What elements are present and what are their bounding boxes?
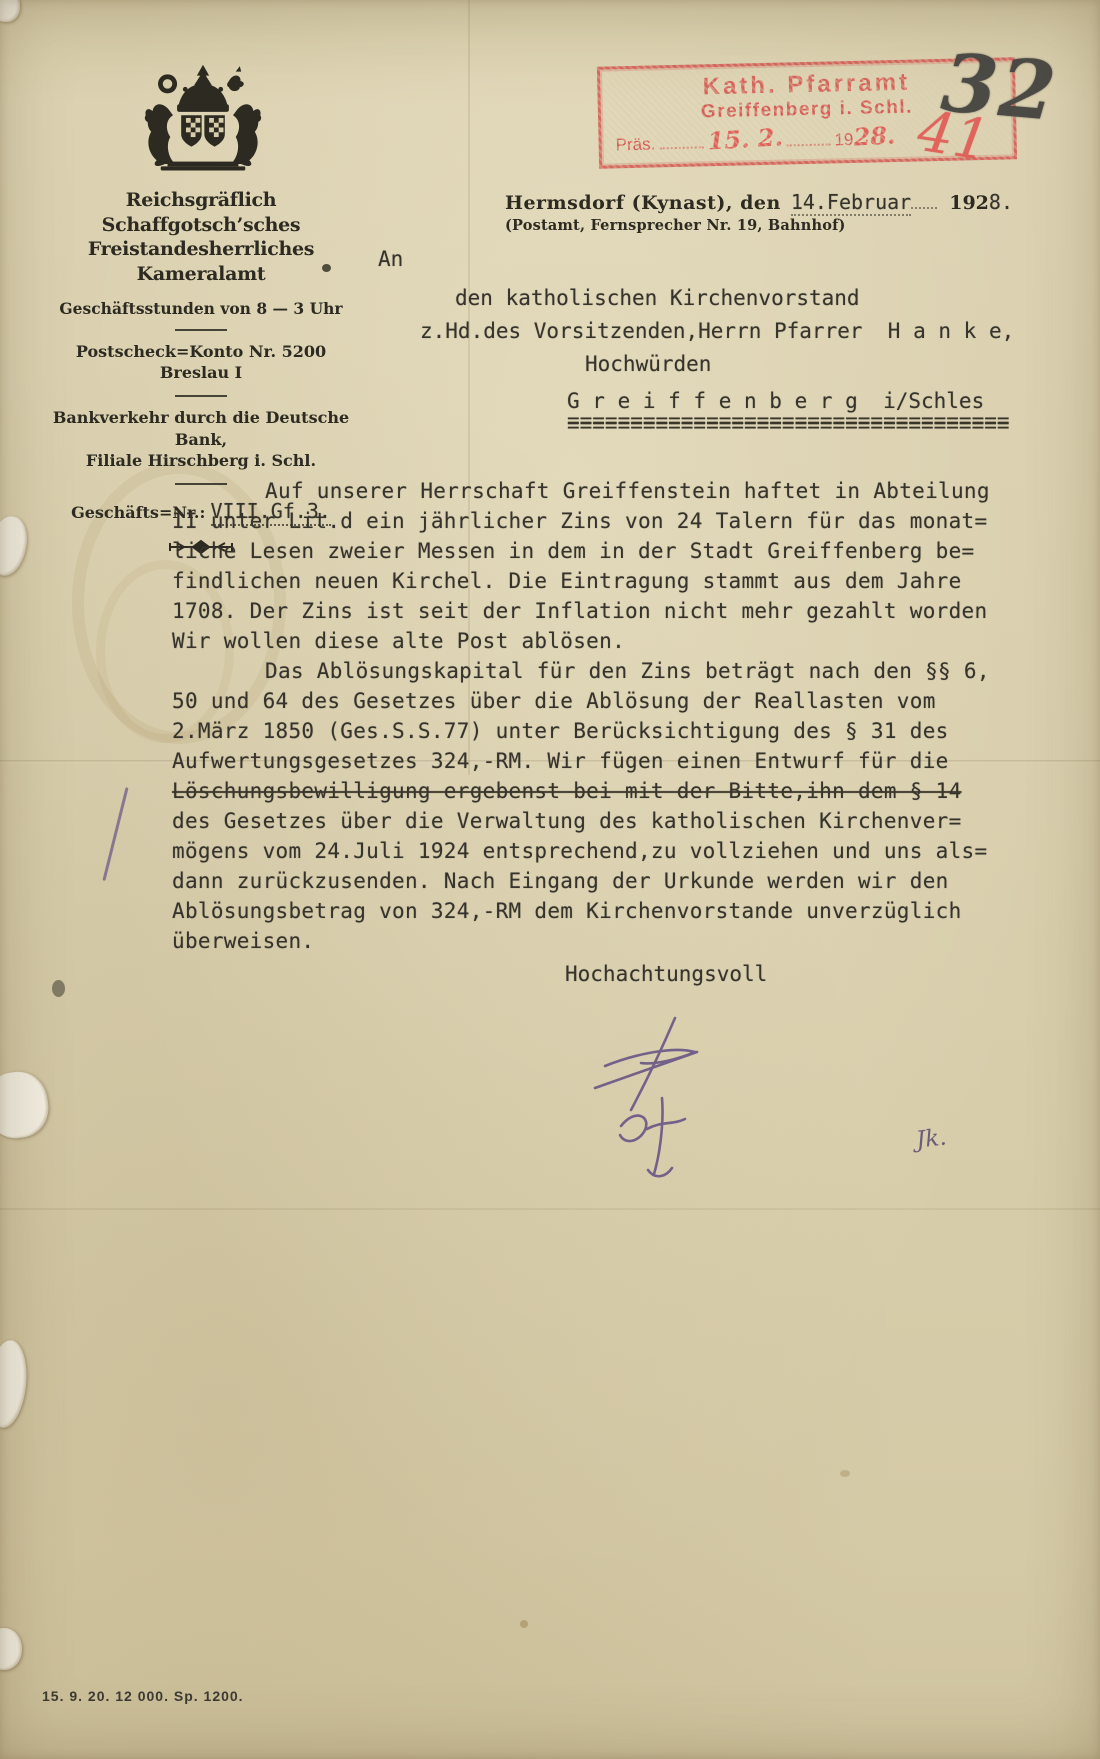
paper-speck [520,1620,528,1628]
torn-edge-patch [0,0,20,22]
body-line: mögens vom 24.Juli 1924 entsprechend,zu … [172,836,1012,866]
body-line-struck-through: Löschungsbewilligung ergebenst bei mit d… [172,776,1012,806]
letterhead-postscheck: Postscheck=Konto Nr. 5200 Breslau I [40,341,362,384]
closing-salutation: Hochachtungsvoll [565,962,767,986]
printers-code: 15. 9. 20. 12 000. Sp. 1200. [42,1688,244,1704]
stamp-received-day-handwritten: 15. 2. [706,122,783,155]
letterhead-org-line1: Reichsgräflich Schaffgotsch’sches [40,188,362,237]
letter-body: Auf unserer Herrschaft Greiffenstein haf… [172,476,1012,956]
letterhead-org-line2: Freistandesherrliches Kameralamt [40,237,362,286]
ink-smudge [52,980,65,997]
fold-crease-horizontal-2 [0,1208,1100,1210]
signature [575,1012,735,1182]
body-line: überweisen. [172,926,1012,956]
recipient-line2: z.Hd.des Vorsitzenden,Herrn Pfarrer H a … [420,319,1014,343]
body-line: Aufwertungsgesetzes 324,-RM. Wir fügen e… [172,746,1012,776]
recipient-line3: Hochwürden [585,352,711,376]
letterhead-divider [175,395,227,397]
torn-edge-patch [0,1338,30,1429]
body-line: Das Ablösungskapital für den Zins beträg… [172,656,1012,686]
body-line: Ablösungsbetrag von 324,-RM dem Kirchenv… [172,896,1012,926]
dateline-date-typed: 14.Februar [791,190,911,216]
body-line: II unter Lit.d ein jährlicher Zins von 2… [172,506,1012,536]
dateline: Hermsdorf (Kynast), den 14.Februar 192 8… [505,190,1013,216]
postal-note: (Postamt, Fernsprecher Nr. 19, Bahnhof) [505,217,846,234]
coat-of-arms-emblem [128,40,278,200]
recipient-city-block: G r e i f f e n b e r g i/Schles =======… [567,389,984,413]
red-crayon-annotation: 41 [913,99,994,174]
recipient-line1: den katholischen Kirchenvorstand [455,286,860,310]
body-line: findlichen neuen Kirchel. Die Eintragung… [172,566,1012,596]
clerk-initials-annotation: Jk. [915,1124,948,1153]
stamp-dotted-leader [659,134,703,149]
ink-blot [322,264,331,272]
letterhead-bank-line1: Bankverkehr durch die Deutsche Bank, [40,407,362,450]
body-line: 2.März 1850 (Ges.S.S.77) unter Berücksic… [172,716,1012,746]
torn-edge-patch [0,1068,52,1142]
pencil-margin-mark [102,787,128,881]
dateline-year-typed: 8. [989,190,1013,214]
body-line: liche Lesen zweier Messen in dem in der … [172,536,1012,566]
dateline-place: Hermsdorf (Kynast), den [505,192,781,214]
letterhead-office-hours: Geschäftsstunden von 8 — 3 Uhr [40,299,362,318]
body-line: Auf unserer Herrschaft Greiffenstein haf… [172,476,1012,506]
dateline-dotted-rule [911,193,937,209]
paper-speck [840,1470,850,1477]
body-line: 50 und 64 des Gesetzes über die Ablösung… [172,686,1012,716]
body-line: des Gesetzes über die Verwaltung des kat… [172,806,1012,836]
body-line: 1708. Der Zins ist seit der Inflation ni… [172,596,1012,626]
recipient-salutation: An [378,247,403,271]
dateline-year-printed: 192 [949,192,989,214]
torn-edge-patch [0,513,32,579]
letterhead-bank-line2: Filiale Hirschberg i. Schl. [40,450,362,472]
stamp-year-printed: 19 [834,130,853,150]
stamp-dotted-leader [786,131,830,146]
recipient-city-underline: =================================== [567,420,1010,430]
letter-document-scan: Reichsgräflich Schaffgotsch’sches Freist… [0,0,1100,1759]
stamp-year-handwritten: 28. [853,120,896,151]
body-line: dann zurückzusenden. Nach Eingang der Ur… [172,866,1012,896]
body-line: Wir wollen diese alte Post ablösen. [172,626,1012,656]
torn-edge-patch [0,1628,22,1670]
stamp-received-label: Präs. [615,134,655,155]
letterhead-divider [175,329,227,331]
